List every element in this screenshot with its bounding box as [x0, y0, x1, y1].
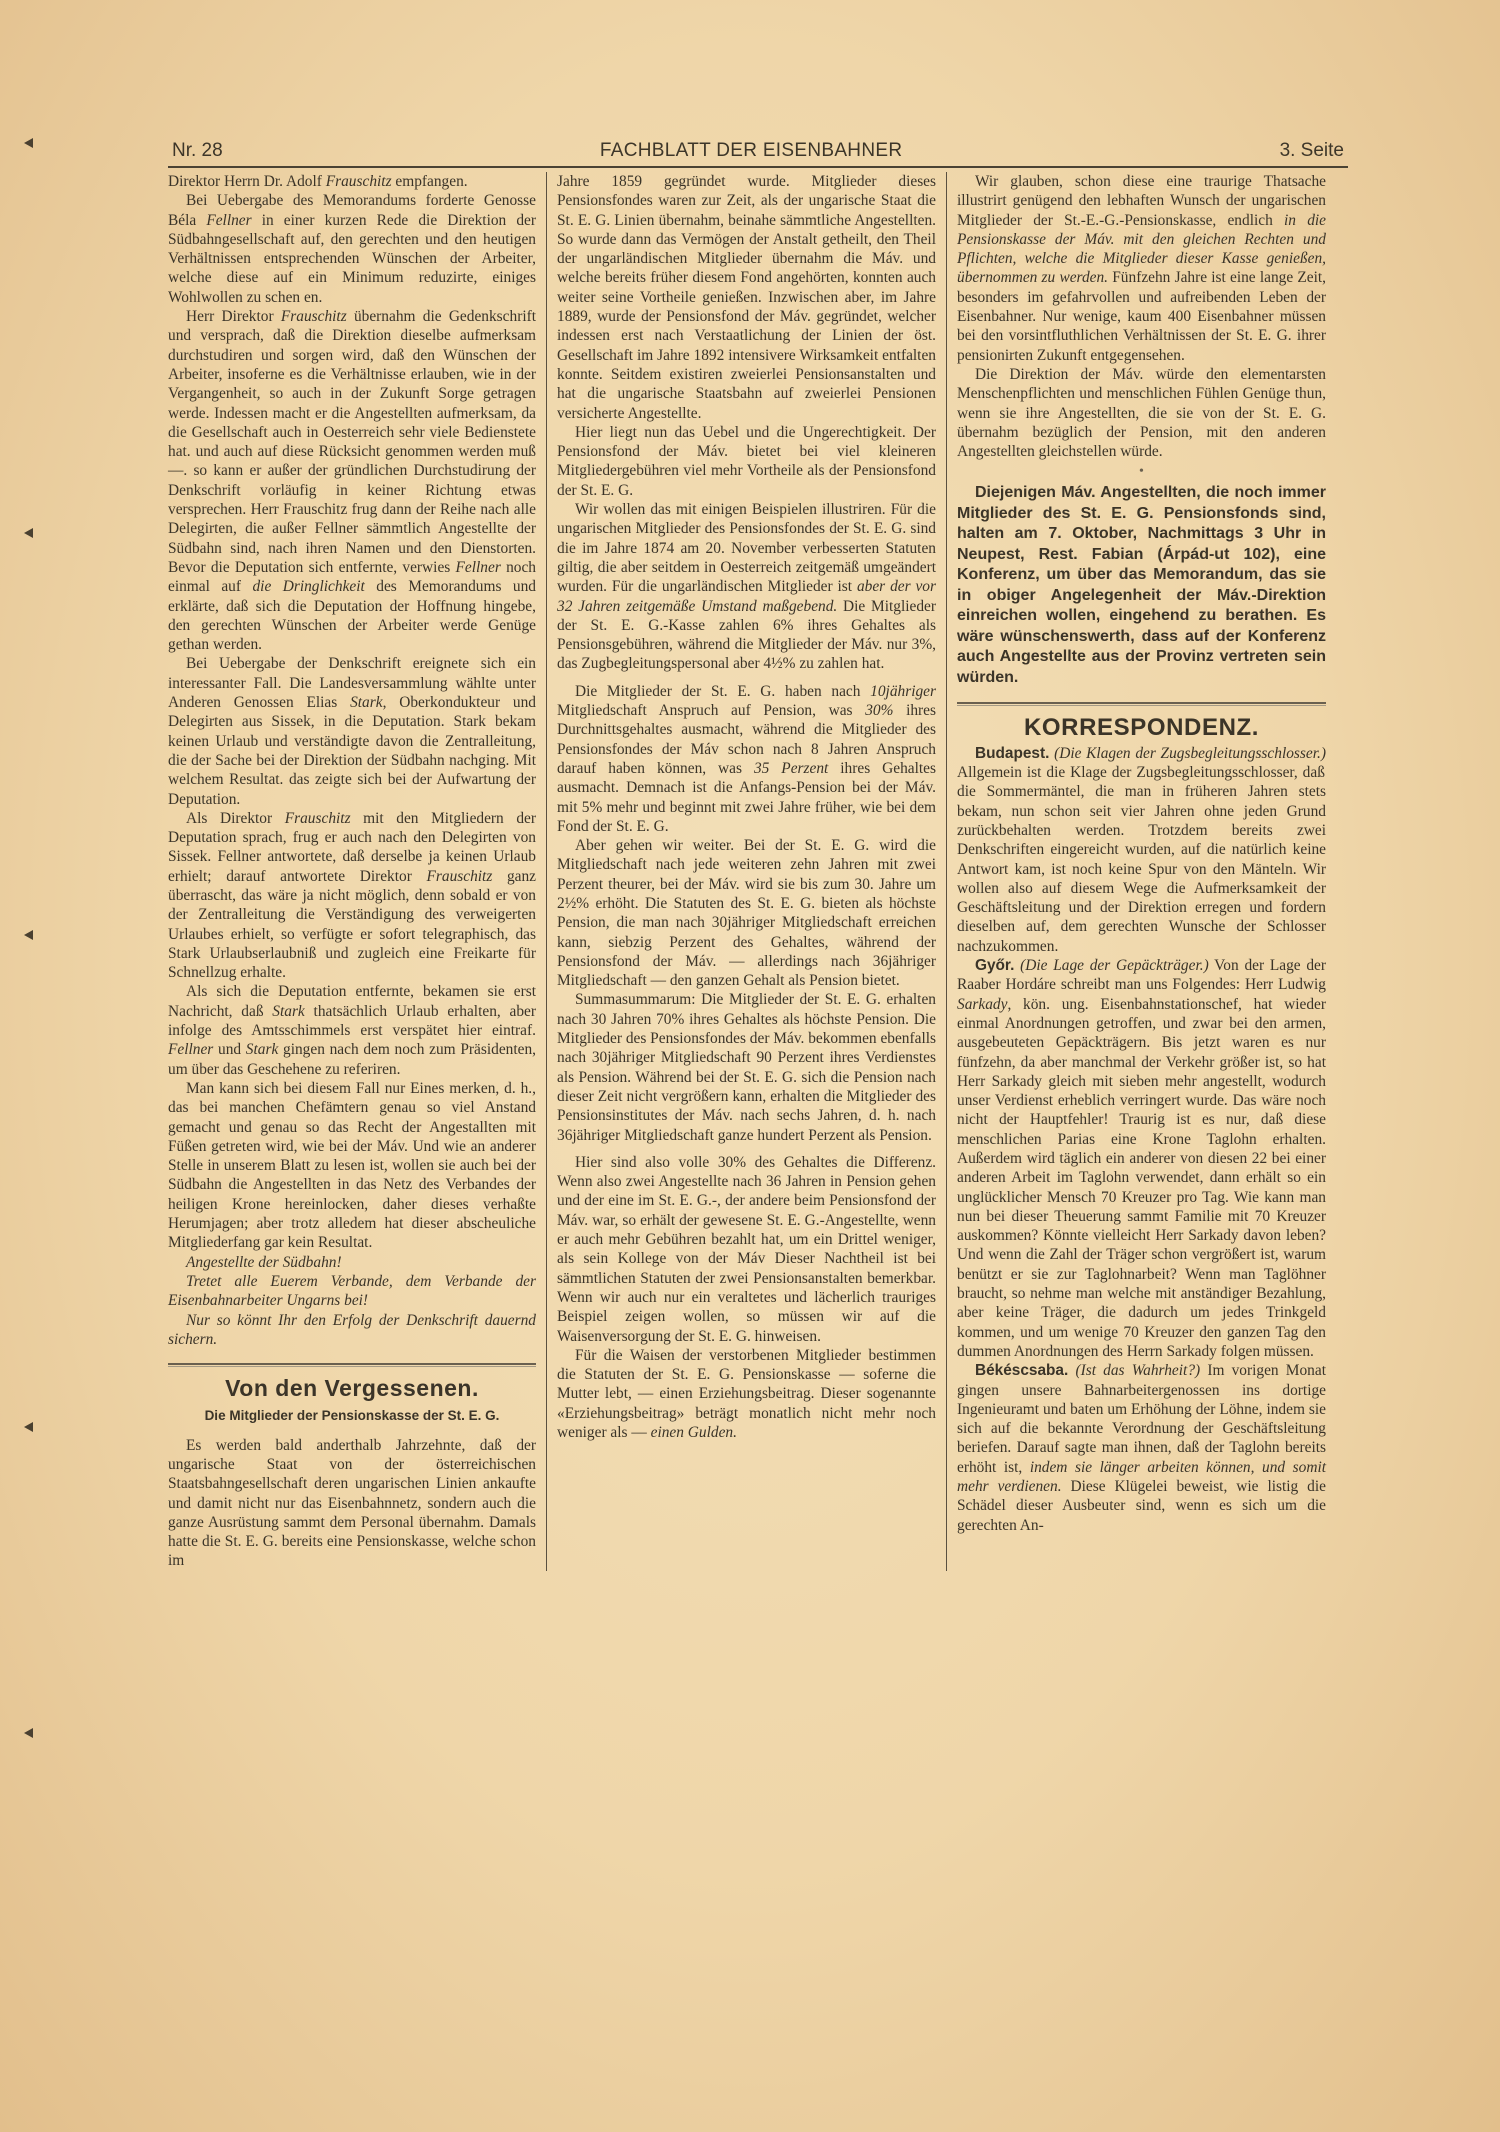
paragraph: Die Mitglieder der St. E. G. haben nach …	[557, 682, 936, 836]
page-header: Nr. 28 FACHBLATT DER EISENBAHNER 3. Seit…	[168, 140, 1348, 168]
separator-dot: •	[957, 465, 1326, 479]
column-2: Jahre 1859 gegründet wurde. Mitglieder d…	[546, 172, 946, 1571]
paragraph: Aber gehen wir weiter. Bei der St. E. G.…	[557, 836, 936, 990]
section-divider	[957, 702, 1326, 706]
correspondence-heading: KORRESPONDENZ.	[957, 718, 1326, 737]
appeal-line: Tretet alle Euerem Verbande, dem Verband…	[168, 1272, 536, 1311]
paragraph: Wir glauben, schon diese eine traurige T…	[957, 172, 1326, 365]
paragraph: Als Direktor Frauschitz mit den Mitglied…	[168, 809, 536, 983]
paragraph: Als sich die Deputation entfernte, bekam…	[168, 982, 536, 1078]
newspaper-page: Nr. 28 FACHBLATT DER EISENBAHNER 3. Seit…	[168, 140, 1348, 1571]
article-subtitle: Die Mitglieder der Pensionskasse der St.…	[168, 1406, 536, 1425]
report-gyor: Győr. (Die Lage der Gepäckträger.) Von d…	[957, 956, 1326, 1361]
article-title: Von den Vergessenen.	[168, 1379, 536, 1398]
section-divider	[168, 1363, 536, 1367]
paragraph: Die Direktion der Máv. würde den element…	[957, 365, 1326, 461]
paragraph: Wir wollen das mit einigen Beispielen il…	[557, 500, 936, 674]
paragraph: Hier liegt nun das Uebel und die Ungerec…	[557, 423, 936, 500]
binding-mark-icon	[24, 930, 33, 940]
appeal-line: Angestellte der Südbahn!	[168, 1253, 536, 1272]
paragraph: Für die Waisen der verstorbenen Mitglied…	[557, 1346, 936, 1442]
appeal-line: Nur so könnt Ihr den Erfolg der Denkschr…	[168, 1311, 536, 1350]
report-budapest: Budapest. (Die Klagen der Zugsbegleitung…	[957, 744, 1326, 956]
issue-number: Nr. 28	[172, 140, 223, 162]
paragraph: Jahre 1859 gegründet wurde. Mitglieder d…	[557, 172, 936, 423]
paragraph: Direktor Herrn Dr. Adolf Frauschitz empf…	[168, 172, 536, 191]
paragraph: Bei Uebergabe der Denkschrift ereignete …	[168, 654, 536, 808]
column-1: Direktor Herrn Dr. Adolf Frauschitz empf…	[168, 172, 546, 1571]
paragraph: Bei Uebergabe des Memorandums forderte G…	[168, 191, 536, 307]
columns: Direktor Herrn Dr. Adolf Frauschitz empf…	[168, 172, 1348, 1571]
paragraph: Es werden bald anderthalb Jahrzehnte, da…	[168, 1436, 536, 1571]
page-number: 3. Seite	[1280, 140, 1344, 162]
paragraph: Man kann sich bei diesem Fall nur Eines …	[168, 1079, 536, 1253]
paragraph: Herr Direktor Frauschitz übernahm die Ge…	[168, 307, 536, 654]
paragraph: Summasummarum: Die Mitglieder der St. E.…	[557, 990, 936, 1144]
report-bekescsaba: Békéscsaba. (Ist das Wahrheit?) Im vorig…	[957, 1361, 1326, 1535]
binding-mark-icon	[24, 138, 33, 148]
binding-mark-icon	[24, 528, 33, 538]
binding-mark-icon	[24, 1728, 33, 1738]
paragraph: Hier sind also volle 30% des Gehaltes di…	[557, 1153, 936, 1346]
conference-notice: Diejenigen Máv. Angestellten, die noch i…	[957, 483, 1326, 688]
binding-mark-icon	[24, 1422, 33, 1432]
column-3: Wir glauben, schon diese eine traurige T…	[946, 172, 1336, 1571]
publication-title: FACHBLATT DER EISENBAHNER	[600, 140, 902, 162]
